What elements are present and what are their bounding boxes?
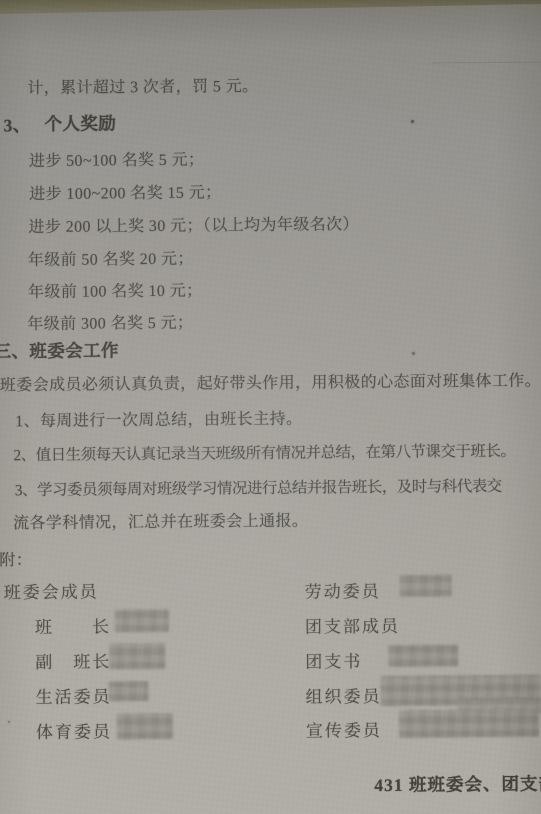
reward-item: 进步 50~100 名奖 5 元；: [29, 147, 205, 172]
roster-role-league-secretary: 团支书: [305, 647, 362, 672]
roster-role-league-members: 团支部成员: [305, 612, 400, 638]
paper-speck: [8, 721, 10, 723]
roster-role-vice-monitor: 副 班长: [35, 647, 111, 673]
roster-role-organization-commissary: 组织委员: [305, 682, 381, 708]
redacted-name-vice-monitor: [109, 643, 165, 669]
document-photo: 计，累计超过 3 次者，罚 5 元。 3、 个人奖励 进步 50~100 名奖 …: [0, 0, 541, 814]
personal-rewards-number: 3、: [3, 112, 30, 137]
roster-role-publicity-commissary: 宣传委员: [306, 716, 382, 742]
paper-speck: [411, 120, 414, 123]
redacted-name-league-secretary: [388, 644, 458, 667]
committee-rule: 1、每周进行一次周总结，由班长主持。: [15, 406, 302, 432]
roster-left-header: 班委会成员: [4, 578, 99, 604]
roster-role-sports-commissary: 体育委员: [36, 717, 112, 743]
penalty-carryover-line: 计，累计超过 3 次者，罚 5 元。: [27, 73, 258, 98]
reward-item: 进步 200 以上奖 30 元；（以上均为年级名次）: [28, 211, 359, 237]
redacted-name-monitor: [115, 609, 169, 632]
committee-rule-continuation: 流各学科情况，汇总并在班委会上通报。: [13, 508, 308, 534]
reward-item: 年级前 50 名奖 20 元；: [28, 246, 194, 270]
redacted-name-sports-commissary: [117, 713, 173, 739]
committee-rule: 2、值日生须每天认真记录当天班级所有情况并总结，在第八节课交于班长。: [13, 439, 515, 465]
roster-role-monitor: 班 长: [35, 612, 111, 638]
personal-rewards-title: 个人奖励: [44, 110, 116, 136]
appendix-label: 附：: [0, 547, 32, 570]
redacted-name-life-commissary: [108, 681, 148, 701]
redacted-name-labor-commissary: [400, 574, 452, 596]
redacted-name-publicity-commissary: [399, 709, 539, 738]
roster-role-labor-commissary: 劳动委员: [305, 577, 381, 603]
roster-role-life-commissary: 生活委员: [35, 682, 111, 708]
reward-item: 年级前 100 名奖 10 元；: [28, 278, 203, 303]
committee-intro: 班委会成员必须认真负责，起好带头作用，用积极的心态面对班集体工作。: [0, 368, 541, 396]
signature-line: 431 班班委会、团支部: [374, 771, 541, 798]
committee-section-heading: 三、班委会工作: [0, 337, 119, 363]
paper-speck: [412, 352, 415, 355]
page-text: 计，累计超过 3 次者，罚 5 元。 3、 个人奖励 进步 50~100 名奖 …: [0, 0, 541, 814]
committee-rule: 3、学习委员须每周对班级学习情况进行总结并报告班长，及时与科代表交: [15, 474, 502, 500]
reward-item: 年级前 300 名奖 5 元；: [27, 310, 193, 334]
reward-item: 进步 100~200 名奖 15 元；: [29, 179, 221, 204]
